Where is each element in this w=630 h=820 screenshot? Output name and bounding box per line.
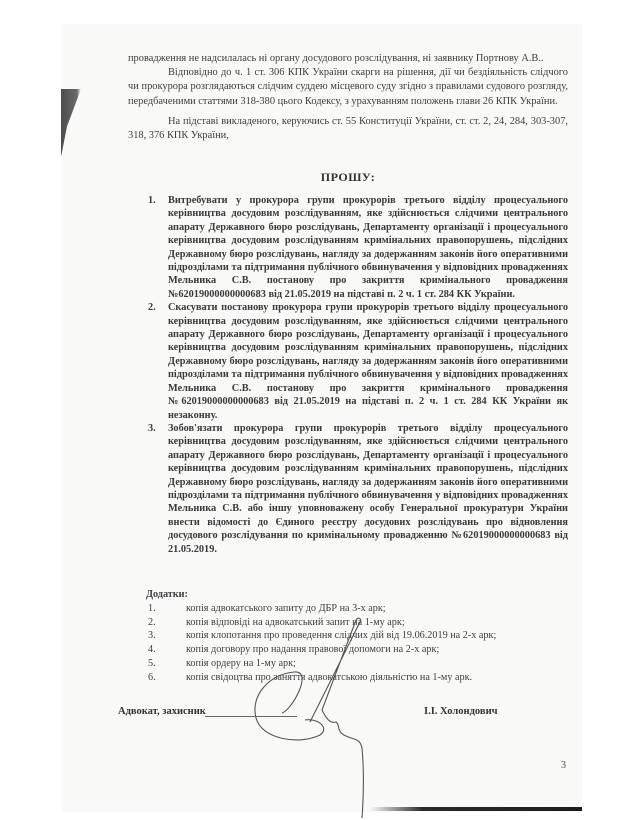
page-number: 3 bbox=[561, 760, 566, 771]
scan-edge-shadow bbox=[370, 807, 582, 811]
intro-paragraph-1: провадження не надсилалась ні органу дос… bbox=[128, 52, 568, 66]
request-number: 3. bbox=[148, 422, 156, 435]
request-number: 1. bbox=[148, 194, 156, 207]
attachment-number: 3. bbox=[148, 629, 156, 643]
attachment-number: 2. bbox=[148, 616, 156, 630]
request-item: 3. Зобов'язати прокурора групи прокурорі… bbox=[148, 422, 568, 556]
intro-paragraph-3: На підставі викладеного, керуючись ст. 5… bbox=[128, 115, 568, 143]
signer-name: І.І. Холондович bbox=[424, 706, 498, 717]
signature-line bbox=[205, 716, 297, 717]
request-number: 2. bbox=[148, 301, 156, 314]
intro-section: провадження не надсилалась ні органу дос… bbox=[128, 52, 568, 143]
attachment-number: 4. bbox=[148, 643, 156, 657]
request-item: 1. Витребувати у прокурора групи прокуро… bbox=[148, 194, 568, 301]
request-item: 2. Скасувати постанову прокурора групи п… bbox=[148, 301, 568, 422]
request-text: Скасувати постанову прокурора групи прок… bbox=[168, 302, 568, 420]
handwritten-signature-icon bbox=[230, 600, 410, 820]
attachment-number: 5. bbox=[148, 657, 156, 671]
request-heading: ПРОШУ: bbox=[128, 170, 568, 185]
attachment-number: 6. bbox=[148, 671, 156, 685]
request-text: Витребувати у прокурора групи прокурорів… bbox=[168, 195, 568, 300]
request-list: 1. Витребувати у прокурора групи прокуро… bbox=[148, 194, 568, 556]
attachment-number: 1. bbox=[148, 602, 156, 616]
signer-role: Адвокат, захисник bbox=[118, 706, 206, 717]
request-text: Зобов'язати прокурора групи прокурорів т… bbox=[168, 423, 568, 555]
intro-paragraph-2: Відповідно до ч. 1 ст. 306 КПК України с… bbox=[128, 66, 568, 109]
